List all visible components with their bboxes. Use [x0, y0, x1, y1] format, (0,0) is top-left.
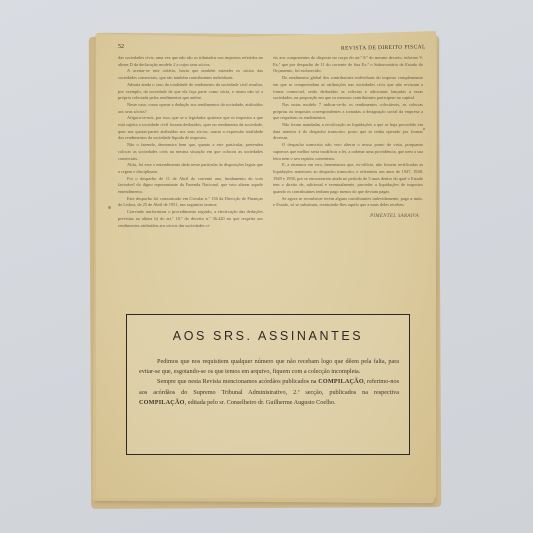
paragraph: A aceitar-se este critério, havia que ta…	[118, 68, 263, 81]
paragraph: Não foram mandadas a rectificação as liq…	[273, 122, 423, 142]
notice-bold-term: COMPILAÇÃO	[139, 399, 185, 406]
paragraph: E, a estarmos em erro, lamentamos que, e…	[273, 162, 423, 196]
paragraph: Convindo uniformizar o procedimento segu…	[118, 209, 263, 229]
running-head: REVISTA DE DIREITO FISCAL	[341, 44, 426, 51]
notice-paragraph: Pedimos que nos requisitem qualquer núme…	[139, 357, 399, 377]
paragraph: Do rendimento global dos contribuintes i…	[273, 75, 423, 102]
subscribers-notice-box: AOS SRS. ASSINANTES Pedimos que nos requ…	[126, 314, 410, 455]
left-column: das sociedades civis, uma vez que não sã…	[118, 55, 263, 229]
notice-bold-term: COMPILAÇÃO	[318, 378, 364, 385]
paragraph: Se agora se reconhecer terem alguns cont…	[273, 196, 423, 209]
notice-body: Pedimos que nos requisitem qualquer núme…	[139, 357, 399, 408]
page-number: 52	[118, 44, 124, 50]
paragraph: O despacho transcrito não veio alterar o…	[273, 142, 423, 162]
notice-paragraph: Sempre que nesta Revista mencionamos acó…	[139, 377, 399, 408]
paragraph: Neste caso, como operar a dedução aos re…	[118, 102, 263, 115]
paragraph: Nas notas modelo 7 indicar-se-ão os rend…	[273, 102, 423, 122]
notice-title: AOS SRS. ASSINANTES	[127, 329, 409, 343]
paragraph: Não o fazendo, demonstra bem que, quanto…	[118, 142, 263, 162]
paragraph: Afigura-se-nos, por isso, que se o legis…	[118, 115, 263, 142]
paragraph: Admita ainda o caso da totalidade do ren…	[118, 82, 263, 102]
notice-text: Sempre que nesta Revista mencionamos acó…	[157, 378, 318, 385]
notice-text: , editada pelo sr. Conselheiro dr. Guilh…	[185, 399, 336, 406]
magazine-page: 52 REVISTA DE DIREITO FISCAL das socieda…	[96, 31, 436, 498]
paragraph: Este despacho foi comunicado em Circular…	[118, 196, 263, 209]
right-column: vis aos componentes do disposto no corpo…	[273, 55, 423, 221]
paragraph: Foi o despacho de 11 de Abril do corrent…	[118, 176, 263, 196]
paragraph: Aliás, foi esse o entendimento dado nest…	[118, 162, 263, 175]
paragraph: vis aos componentes do disposto no corpo…	[273, 55, 423, 75]
paper-stain	[423, 128, 425, 130]
paper-stain	[108, 206, 111, 209]
author-signature: PIMENTEL SARAIVA	[273, 214, 423, 221]
paragraph: das sociedades civis, uma vez que não sã…	[118, 55, 263, 68]
